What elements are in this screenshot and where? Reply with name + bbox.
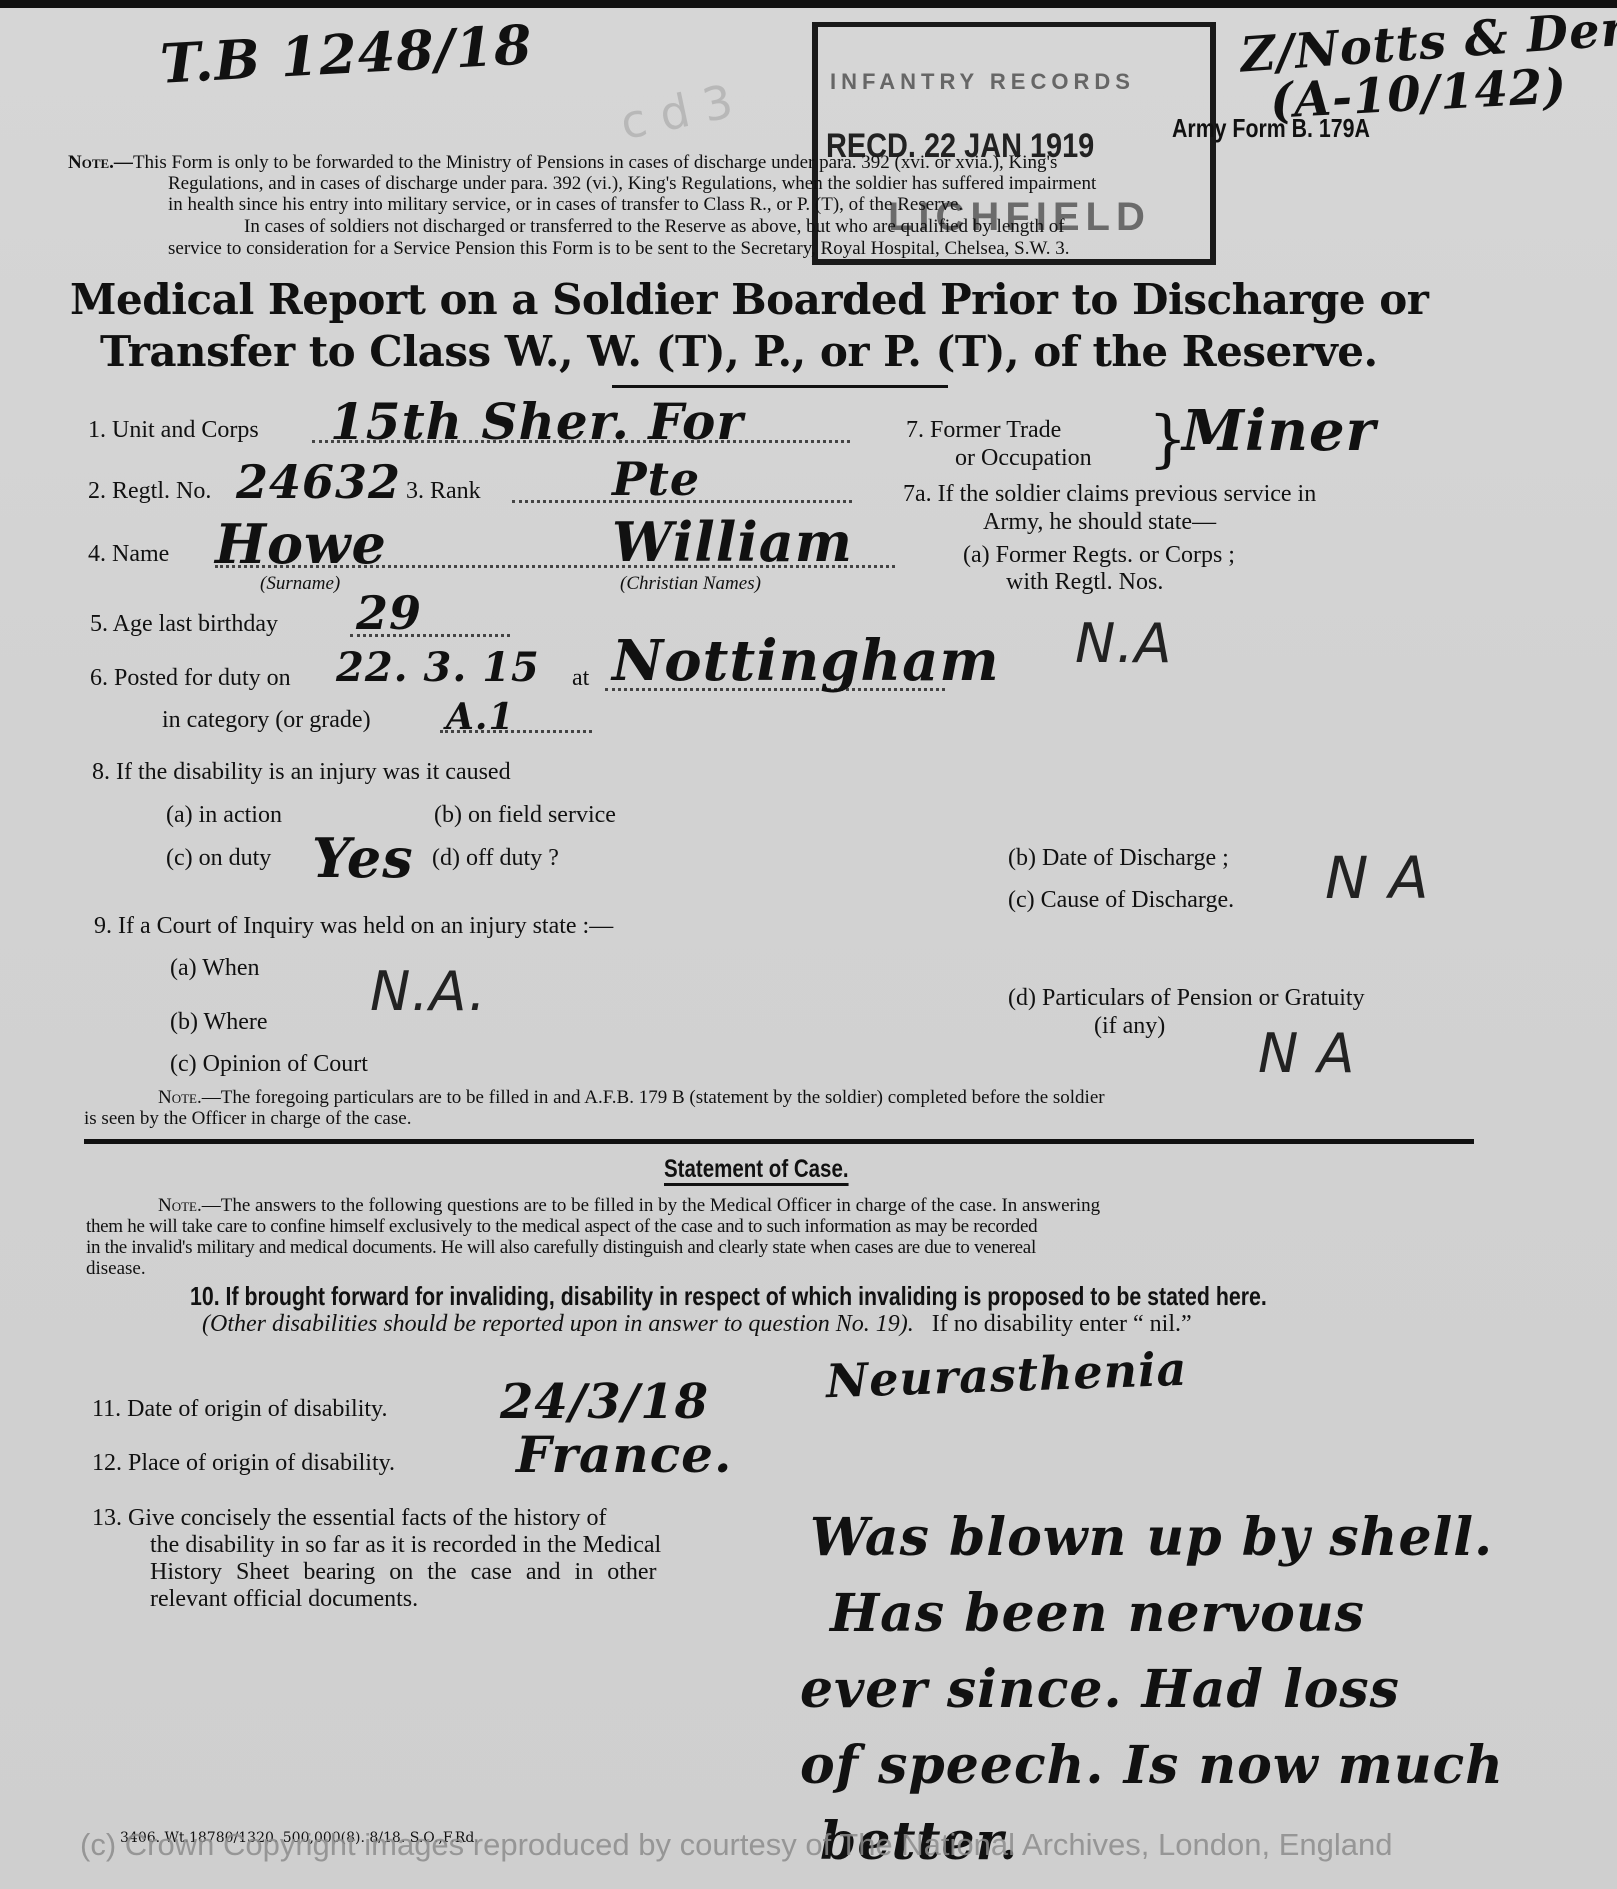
q9-label: 9. If a Court of Inquiry was held on an …: [94, 912, 613, 940]
q10-subtext-italic: (Other disabilities should be reported u…: [202, 1311, 914, 1337]
q13-label-line-1: 13. Give concisely the essential facts o…: [92, 1504, 607, 1532]
q8-c-value: Yes: [312, 826, 414, 890]
middle-note-label: Note.—: [158, 1087, 221, 1108]
q2-label: 2. Regtl. No.: [88, 477, 211, 505]
q10-disability-value: Neurasthenia: [825, 1342, 1188, 1409]
q7a-a-value: N.A: [1075, 612, 1173, 675]
q7-occupation-value: Miner: [1182, 398, 1376, 464]
q5-age-value: 29: [356, 586, 422, 640]
q1-unit-value: 15th Sher. For: [330, 392, 744, 451]
q5-label: 5. Age last birthday: [90, 610, 278, 638]
q4-surname-caption: (Surname): [260, 573, 340, 595]
q13-label-line-3: History Sheet bearing on the case and in…: [150, 1558, 657, 1586]
middle-note-line-2: is seen by the Officer in charge of the …: [84, 1108, 411, 1129]
q13-label-line-4: relevant official documents.: [150, 1585, 418, 1613]
statement-note-line-4: disease.: [86, 1258, 146, 1279]
q13-history-line-2: Has been nervous: [830, 1576, 1504, 1652]
q12-place-value: France.: [516, 1425, 732, 1484]
statement-note-line-1: Note.—The answers to the following quest…: [158, 1195, 1100, 1216]
q13-history-value: Was blown up by shell. Has been nervous …: [810, 1500, 1504, 1880]
top-note-line-5: service to consideration for a Service P…: [168, 238, 1069, 259]
q3-label: 3. Rank: [406, 477, 481, 505]
q9-a: (a) When: [170, 954, 260, 982]
q6-label: 6. Posted for duty on: [90, 664, 291, 692]
q6-category-label: in category (or grade): [162, 706, 371, 734]
q11-label: 11. Date of origin of disability.: [92, 1395, 388, 1423]
form-title-line-2: Transfer to Class W., W. (T), P., or P. …: [100, 327, 1378, 377]
q6-posted-date: 22. 3. 15: [336, 644, 540, 691]
q4-christian-names-value: William: [612, 510, 853, 574]
q7a-a-label-line-1: (a) Former Regts. or Corps ;: [963, 541, 1235, 569]
q3-rank-value: Pte: [612, 452, 700, 506]
form-title-line-1: Medical Report on a Soldier Boarded Prio…: [70, 275, 1428, 325]
q7a-label-line-1: 7a. If the soldier claims previous servi…: [903, 480, 1316, 508]
q8-a: (a) in action: [166, 801, 282, 829]
q4-surname-value: Howe: [215, 512, 387, 576]
form-id: Army Form B. 179A: [1172, 113, 1370, 144]
q7a-label-line-2: Army, he should state—: [983, 508, 1216, 536]
q7a-b-label: (b) Date of Discharge ;: [1008, 844, 1229, 872]
q11-date-value: 24/3/18: [500, 1374, 709, 1430]
q9-value: N.A.: [370, 960, 487, 1023]
statement-note-text-1: The answers to the following questions a…: [221, 1195, 1100, 1216]
q8-c: (c) on duty: [166, 844, 271, 872]
q9-c: (c) Opinion of Court: [170, 1050, 368, 1078]
q4-christian-caption: (Christian Names): [620, 573, 761, 595]
q1-label: 1. Unit and Corps: [88, 416, 259, 444]
top-note-line-3: in health since his entry into military …: [168, 194, 963, 215]
q7a-d-value: N A: [1258, 1022, 1356, 1085]
q4-label: 4. Name: [88, 540, 169, 568]
q6-category-value: A.1: [446, 696, 515, 738]
top-note-line-2: Regulations, and in cases of discharge u…: [168, 173, 1096, 194]
q8-b: (b) on field service: [434, 801, 616, 829]
stamp-line-1: INFANTRY RECORDS: [830, 69, 1135, 95]
faint-pencil-mark: c d 3: [616, 74, 738, 150]
q6-posted-place: Nottingham: [612, 628, 1000, 694]
q7a-d-label-line-1: (d) Particulars of Pension or Gratuity: [1008, 984, 1365, 1012]
q7-label-line-2: or Occupation: [955, 444, 1092, 472]
top-note: Note.—This Form is only to be forwarded …: [68, 152, 1057, 173]
q12-label: 12. Place of origin of disability.: [92, 1449, 395, 1477]
q10-label: 10. If brought forward for invaliding, d…: [190, 1281, 1267, 1312]
title-underline: [612, 385, 948, 388]
q8-d: (d) off duty ?: [432, 844, 559, 872]
note-label: Note.—: [68, 152, 133, 173]
statement-heading: Statement of Case.: [664, 1155, 849, 1184]
q13-history-line-1: Was blown up by shell.: [810, 1500, 1504, 1576]
q8-label: 8. If the disability is an injury was it…: [92, 758, 511, 786]
statement-note-label: Note.—: [158, 1195, 221, 1216]
q6-at-label: at: [572, 664, 589, 692]
middle-note-line-1: Note.—The foregoing particulars are to b…: [158, 1087, 1105, 1108]
middle-note-text-1: The foregoing particulars are to be fill…: [221, 1087, 1105, 1108]
form-page: T.B 1248/18 c d 3 INFANTRY RECORDS RECD.…: [0, 0, 1617, 1889]
q9-b: (b) Where: [170, 1008, 268, 1036]
top-note-line-4: In cases of soldiers not discharged or t…: [244, 216, 1065, 237]
section-divider: [84, 1139, 1474, 1144]
q7a-a-label-line-2: with Regtl. Nos.: [1006, 568, 1163, 596]
q13-history-line-3: ever since. Had loss: [800, 1652, 1504, 1728]
statement-note-line-3: in the invalid's military and medical do…: [86, 1237, 1036, 1258]
q7a-c-label: (c) Cause of Discharge.: [1008, 886, 1234, 914]
q10-subtext-plain: If no disability enter “ nil.”: [932, 1311, 1192, 1337]
q7a-bc-value: N A: [1325, 844, 1430, 912]
q13-history-line-4: of speech. Is now much: [800, 1728, 1504, 1804]
reference-number-handwritten: T.B 1248/18: [159, 12, 534, 95]
page-top-edge: [0, 0, 1617, 8]
statement-note-line-2: them he will take care to confine himsel…: [86, 1216, 1037, 1237]
top-note-line-1: This Form is only to be forwarded to the…: [133, 152, 1057, 173]
copyright-watermark: (c) Crown Copyright images reproduced by…: [80, 1827, 1392, 1863]
q10-subtext: (Other disabilities should be reported u…: [202, 1310, 1192, 1338]
q2-regimental-number: 24632: [236, 455, 401, 509]
q13-label-line-2: the disability in so far as it is record…: [150, 1531, 661, 1559]
q7-label-line-1: 7. Former Trade: [906, 416, 1061, 444]
q7a-d-label-line-2: (if any): [1094, 1012, 1165, 1040]
